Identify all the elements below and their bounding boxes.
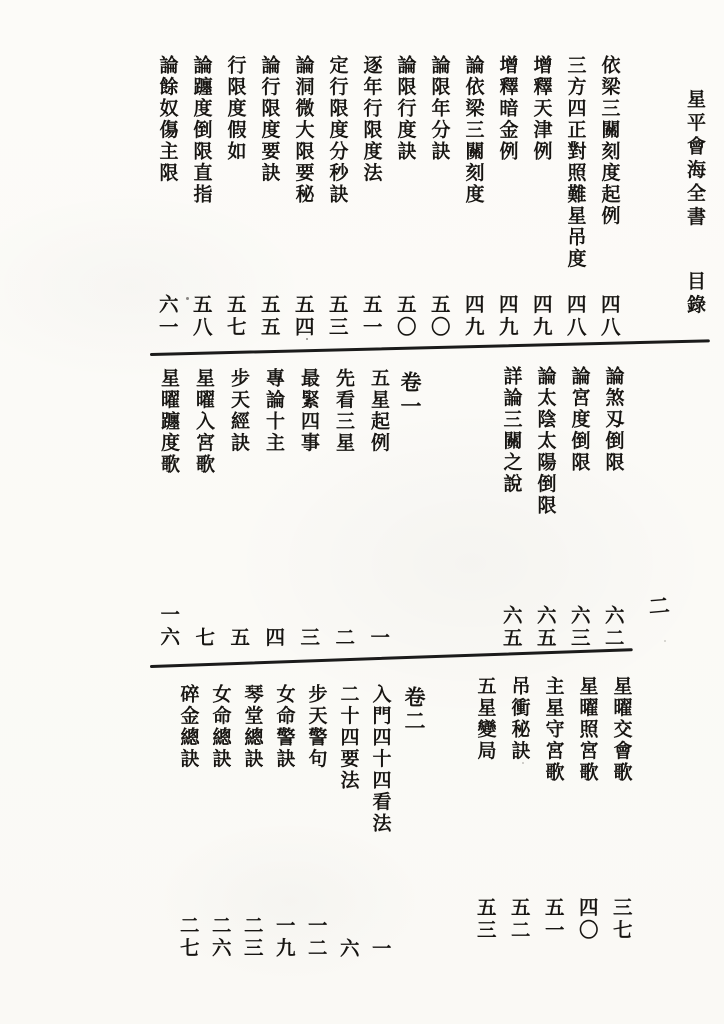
toc-entry: 入門四十四看法一 [364, 684, 396, 960]
toc-entry: 論太陰太陽倒限六五 [528, 366, 562, 652]
entry-page-number: 六五 [501, 605, 521, 650]
toc-entry: 依梁三關刻度起例四八 [592, 55, 626, 347]
toc-entry: 五星起例一 [361, 368, 396, 649]
entry-page-number: 三七 [611, 897, 631, 942]
toc-entry: 論躔度倒限直指五八 [184, 55, 218, 347]
toc-entry: 女命總訣二六 [204, 684, 236, 960]
entry-title: 星曜交會歌 [612, 676, 631, 784]
toc-entry: 行限度假如五七 [218, 55, 252, 347]
entry-title: 論限行度訣 [396, 55, 415, 163]
entry-page-number: 五〇 [395, 294, 415, 339]
entry-page-number: 五二 [509, 897, 529, 942]
book-title-sub: 目錄 [684, 271, 706, 318]
entry-title: 最緊四事 [299, 368, 318, 454]
toc-entry: 星曜躔度歌一六 [151, 368, 186, 649]
entry-title: 詳論三關之說 [502, 366, 521, 495]
toc-entry: 論煞刄倒限六二 [596, 366, 630, 652]
scan-speck [186, 297, 189, 300]
entry-title: 增釋暗金例 [498, 55, 517, 163]
entry-title: 論宮度倒限 [570, 366, 589, 474]
entry-page-number: 五一 [361, 294, 381, 339]
toc-entry: 主星守宮歌五一 [536, 676, 570, 948]
toc-entry: 吊衝秘訣五二 [502, 676, 536, 948]
entry-title: 女命總訣 [211, 684, 230, 770]
entry-page-number: 六一 [157, 294, 177, 339]
entry-title: 步天警句 [307, 684, 326, 770]
toc-entry: 定行限度分秒訣五三 [320, 55, 354, 347]
folio-number: 二 [646, 594, 669, 617]
toc-entry: 星曜入宮歌七 [186, 368, 221, 649]
entry-title: 碎金總訣 [179, 684, 198, 770]
entry-title: 星曜躔度歌 [159, 368, 178, 476]
toc-entry: 三方四正對照難星吊度四八 [558, 55, 592, 347]
toc-entry: 論行限度要訣五五 [252, 55, 286, 347]
toc-section-volume-2: 入門四十四看法一 二十四要法六 步天警句一二 女命警訣一九 琴堂總訣二三 女命總… [172, 684, 396, 960]
entry-title: 步天經訣 [229, 368, 248, 454]
toc-entry: 論洞微大限要秘五四 [286, 55, 320, 347]
entry-title: 二十四要法 [339, 684, 358, 792]
toc-entry: 增釋天津例四九 [524, 55, 558, 347]
entry-page-number: 六二 [603, 605, 623, 650]
toc-entry: 論餘奴傷主限六一 [150, 55, 184, 347]
toc-entry: 星曜交會歌三七 [604, 676, 638, 948]
entry-page-number: 五〇 [429, 294, 449, 339]
entry-page-number: 五三 [475, 897, 495, 942]
entry-title: 論太陰太陽倒限 [536, 366, 555, 517]
entry-title: 論餘奴傷主限 [158, 55, 177, 184]
toc-entry: 最緊四事三 [291, 368, 326, 649]
entry-page-number: 四〇 [577, 897, 597, 942]
entry-page-number: 七 [194, 627, 214, 650]
toc-entry: 琴堂總訣二三 [236, 684, 268, 960]
toc-entry: 女命警訣一九 [268, 684, 300, 960]
toc-entry: 專論十主四 [256, 368, 291, 649]
toc-entry: 逐年行限度法五一 [354, 55, 388, 347]
toc-entry: 二十四要法六 [332, 684, 364, 960]
entry-title: 逐年行限度法 [362, 55, 381, 184]
entry-page-number: 五八 [191, 294, 211, 339]
entry-page-number: 一 [369, 627, 389, 650]
entry-title: 論依梁三關刻度 [464, 55, 483, 206]
book-title: 星平會海全書 目錄 [685, 89, 704, 318]
entry-title: 依梁三關刻度起例 [600, 55, 619, 227]
toc-entry: 步天經訣五 [221, 368, 256, 649]
entry-title: 增釋天津例 [532, 55, 551, 163]
toc-section-volume-1: 五星起例一 先看三星二 最緊四事三 專論十主四 步天經訣五 星曜入宮歌七 星曜躔… [150, 368, 396, 649]
entry-page-number: 五一 [543, 897, 563, 942]
toc-entry: 步天警句一二 [300, 684, 332, 960]
toc-entry: 論宮度倒限六三 [562, 366, 596, 652]
toc-entry: 星曜照宮歌四〇 [570, 676, 604, 948]
entry-page-number: 五七 [225, 294, 245, 339]
entry-title: 五星變局 [476, 676, 495, 762]
entry-page-number: 四八 [565, 294, 585, 339]
entry-page-number: 四九 [497, 294, 517, 339]
toc-section-3-continued: 星曜交會歌三七 星曜照宮歌四〇 主星守宮歌五一 吊衝秘訣五二 五星變局五三 [468, 676, 638, 948]
entry-title: 主星守宮歌 [544, 676, 563, 784]
entry-page-number: 四 [264, 627, 284, 650]
entry-page-number: 三 [299, 627, 319, 650]
entry-title: 行限度假如 [226, 55, 245, 163]
entry-page-number: 二三 [242, 915, 262, 960]
toc-entry: 論限年分訣五〇 [422, 55, 456, 347]
toc-section-1: 依梁三關刻度起例四八 三方四正對照難星吊度四八 增釋天津例四九 增釋暗金例四九 … [150, 55, 626, 347]
entry-page-number: 五三 [327, 294, 347, 339]
book-title-main: 星平會海全書 [684, 89, 706, 230]
entry-page-number: 二六 [210, 915, 230, 960]
entry-title: 入門四十四看法 [371, 684, 390, 835]
entry-page-number: 六 [338, 938, 358, 961]
scan-speck [522, 762, 524, 764]
entry-page-number: 六三 [569, 605, 589, 650]
separator-rule-middle [150, 648, 633, 668]
toc-entry: 論限行度訣五〇 [388, 55, 422, 347]
entry-page-number: 四八 [599, 294, 619, 339]
entry-page-number: 四九 [463, 294, 483, 339]
entry-title: 女命警訣 [275, 684, 294, 770]
entry-page-number: 一二 [306, 915, 326, 960]
volume-1-header: 卷一 [399, 371, 420, 419]
entry-page-number: 二 [334, 627, 354, 650]
toc-entry: 論依梁三關刻度四九 [456, 55, 490, 347]
entry-title: 論限年分訣 [430, 55, 449, 163]
entry-title: 定行限度分秒訣 [328, 55, 347, 206]
toc-entry: 先看三星二 [326, 368, 361, 649]
entry-page-number: 一六 [159, 604, 179, 649]
entry-title: 論煞刄倒限 [604, 366, 623, 474]
entry-title: 星曜入宮歌 [194, 368, 213, 476]
entry-title: 吊衝秘訣 [510, 676, 529, 762]
entry-title: 三方四正對照難星吊度 [566, 55, 585, 270]
entry-page-number: 五 [229, 627, 249, 650]
entry-title: 論行限度要訣 [260, 55, 279, 184]
toc-entry: 詳論三關之說六五 [494, 366, 528, 652]
entry-page-number: 一九 [274, 915, 294, 960]
scanned-toc-page: 星平會海全書 目錄 依梁三關刻度起例四八 三方四正對照難星吊度四八 增釋天津例四… [0, 0, 724, 1024]
scan-speck [664, 640, 666, 642]
toc-entry: 增釋暗金例四九 [490, 55, 524, 347]
entry-title: 星曜照宮歌 [578, 676, 597, 784]
toc-section-2-continued: 論煞刄倒限六二 論宮度倒限六三 論太陰太陽倒限六五 詳論三關之說六五 [494, 366, 630, 652]
entry-page-number: 一 [370, 938, 390, 961]
entry-page-number: 五五 [259, 294, 279, 339]
entry-page-number: 四九 [531, 294, 551, 339]
entry-title: 專論十主 [264, 368, 283, 454]
volume-2-header: 卷二 [403, 686, 424, 734]
entry-title: 論洞微大限要秘 [294, 55, 313, 206]
entry-title: 五星起例 [369, 368, 388, 454]
entry-page-number: 六五 [535, 605, 555, 650]
scan-speck [306, 338, 308, 340]
entry-page-number: 二七 [178, 915, 198, 960]
entry-title: 先看三星 [334, 368, 353, 454]
toc-entry: 五星變局五三 [468, 676, 502, 948]
entry-title: 琴堂總訣 [243, 684, 262, 770]
toc-entry: 碎金總訣二七 [172, 684, 204, 960]
entry-page-number: 五四 [293, 294, 313, 339]
entry-title: 論躔度倒限直指 [192, 55, 211, 206]
